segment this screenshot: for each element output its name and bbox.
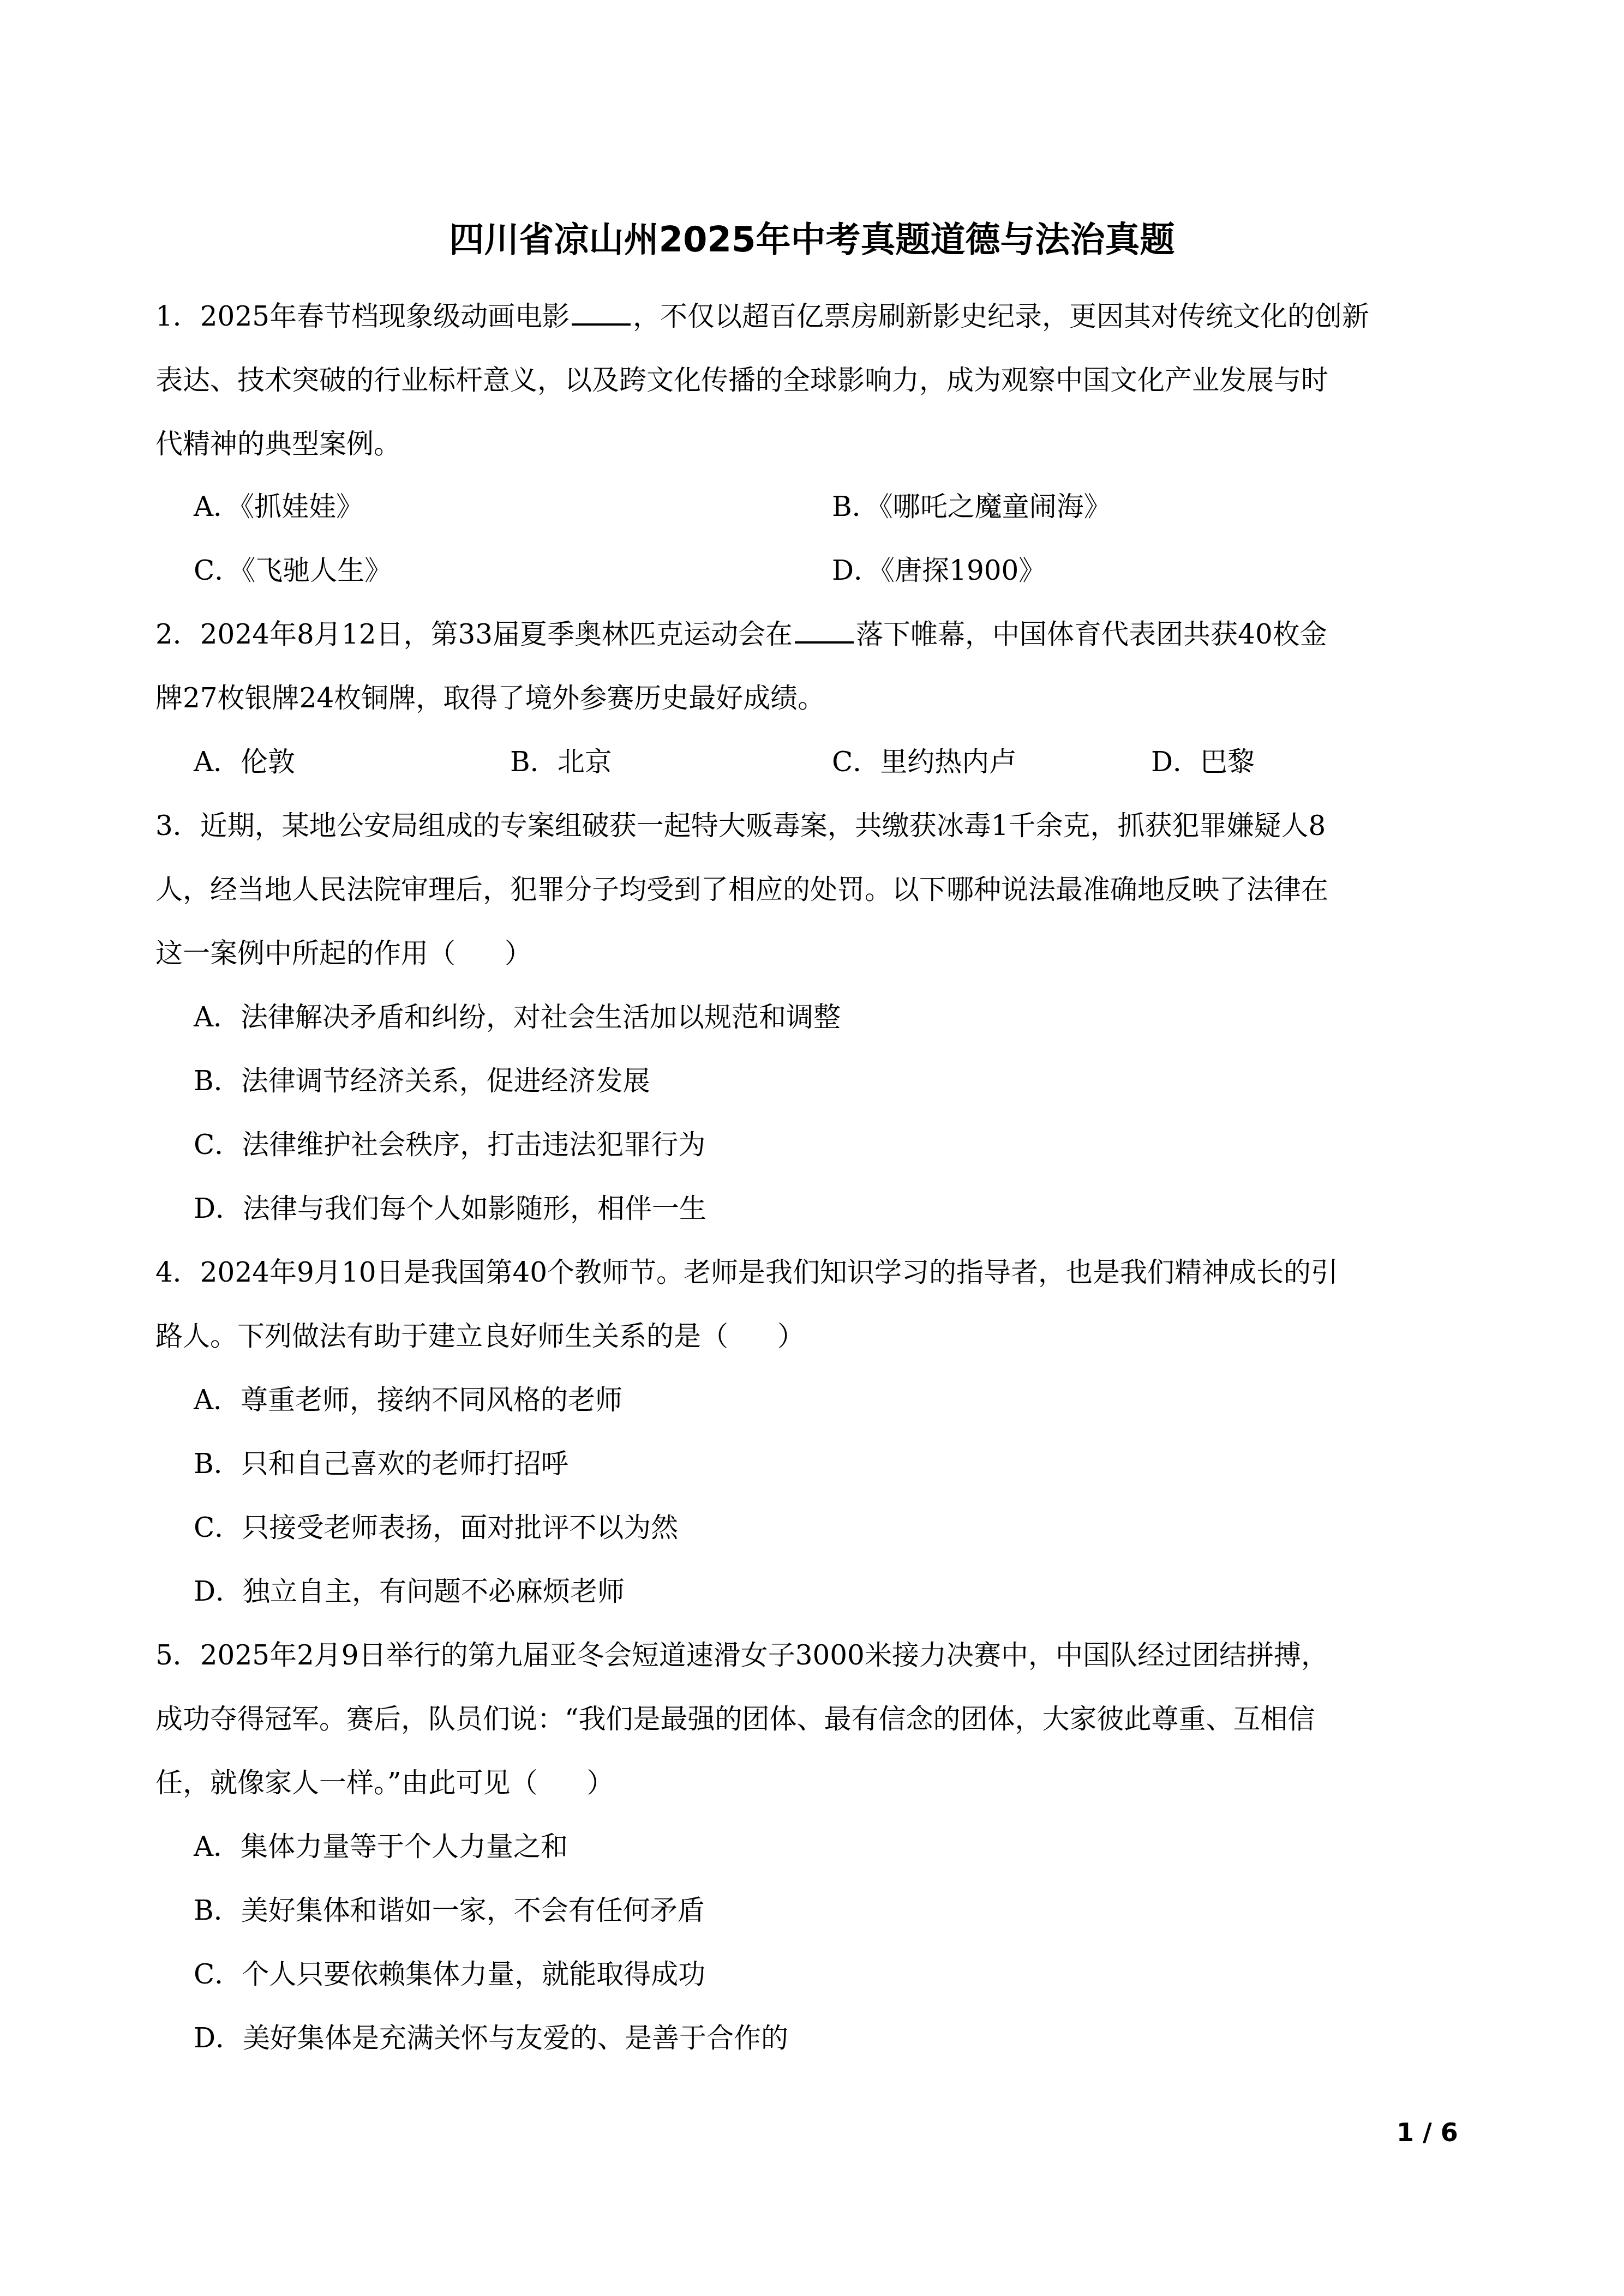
question-3-line-1: 3．近期，某地公安局组成的专案组破获一起特大贩毒案，共缴获冰毒1千余克，抓获犯罪…	[155, 808, 1326, 843]
option-text: 只和自己喜欢的老师打招呼	[241, 1448, 568, 1480]
question-2-option-b[interactable]: B．北京	[510, 744, 612, 779]
question-5-option-b[interactable]: B．美好集体和谐如一家，不会有任何矛盾	[194, 1893, 705, 1928]
answer-blank	[795, 617, 854, 644]
question-4-option-b[interactable]: B．只和自己喜欢的老师打招呼	[194, 1446, 568, 1481]
question-3-line-3: 这一案例中所起的作用（）	[155, 936, 532, 971]
option-label: C．	[194, 1958, 242, 1990]
question-text: ）	[505, 937, 532, 969]
option-label: A．	[194, 491, 241, 522]
question-2-line-2: 牌27枚银牌24枚铜牌，取得了境外参赛历史最好成绩。	[155, 681, 825, 716]
option-label: C．	[194, 555, 242, 586]
question-1-line-1: 1．2025年春节档现象级动画电影，不仅以超百亿票房刷新影史纪录，更因其对传统文…	[155, 299, 1369, 334]
question-2-option-c[interactable]: C．里约热内卢	[832, 744, 1016, 779]
question-5-line-3: 任，就像家人一样。”由此可见（）	[155, 1765, 614, 1800]
option-label: B．	[194, 1065, 241, 1097]
question-4-option-a[interactable]: A．尊重老师，接纳不同风格的老师	[194, 1383, 622, 1417]
option-text: 《哪吒之魔童闹海》	[879, 491, 1111, 522]
question-2-option-a[interactable]: A．伦敦	[194, 744, 295, 779]
question-number: 3．	[155, 810, 200, 842]
option-label: A．	[194, 1001, 241, 1033]
question-5-line-2: 成功夺得冠军。赛后，队员们说：“我们是最强的团体、最有信念的团体，大家彼此尊重、…	[155, 1702, 1315, 1736]
option-label: B．	[832, 491, 879, 522]
question-1-line-2: 表达、技术突破的行业标杆意义，以及跨文化传播的全球影响力，成为观察中国文化产业发…	[155, 363, 1328, 398]
option-text: 个人只要依赖集体力量，就能取得成功	[242, 1958, 705, 1990]
question-3-option-c[interactable]: C．法律维护社会秩序，打击违法犯罪行为	[194, 1127, 705, 1162]
option-text: 美好集体是充满关怀与友爱的、是善于合作的	[243, 2022, 788, 2054]
option-text: 里约热内卢	[880, 746, 1016, 778]
page-title: 四川省凉山州2025年中考真题道德与法治真题	[0, 218, 1624, 262]
question-text: 近期，某地公安局组成的专案组破获一起特大贩毒案，共缴获冰毒1千余克，抓获犯罪嫌疑…	[200, 810, 1326, 842]
question-text: 任，就像家人一样。”由此可见（	[155, 1767, 538, 1799]
question-1-line-3: 代精神的典型案例。	[155, 426, 401, 461]
option-label: B．	[510, 746, 558, 778]
option-label: A．	[194, 1384, 241, 1416]
question-text: 2024年8月12日，第33届夏季奥林匹克运动会在	[200, 618, 793, 650]
option-text: 美好集体和谐如一家，不会有任何矛盾	[241, 1895, 705, 1926]
question-text: ，不仅以超百亿票房刷新影史纪录，更因其对传统文化的创新	[633, 300, 1369, 332]
question-text: ）	[777, 1320, 805, 1352]
question-5-option-c[interactable]: C．个人只要依赖集体力量，就能取得成功	[194, 1957, 705, 1992]
question-3-line-2: 人，经当地人民法院审理后，犯罪分子均受到了相应的处罚。以下哪种说法最准确地反映了…	[155, 872, 1328, 907]
option-text: 法律解决矛盾和纠纷，对社会生活加以规范和调整	[241, 1001, 841, 1033]
question-text: 路人。下列做法有助于建立良好师生关系的是（	[155, 1320, 728, 1352]
option-label: D．	[194, 1193, 243, 1224]
question-text: 2025年2月9日举行的第九届亚冬会短道速滑女子3000米接力决赛中，中国队经过…	[200, 1639, 1328, 1671]
option-text: 独立自主，有问题不必麻烦老师	[243, 1576, 625, 1607]
question-text: 2024年9月10日是我国第40个教师节。老师是我们知识学习的指导者，也是我们精…	[200, 1257, 1338, 1288]
question-5-option-d[interactable]: D．美好集体是充满关怀与友爱的、是善于合作的	[194, 2021, 788, 2055]
option-text: 法律维护社会秩序，打击违法犯罪行为	[242, 1129, 705, 1161]
option-label: C．	[194, 1129, 242, 1161]
option-label: A．	[194, 746, 241, 778]
question-1-option-c[interactable]: C．《飞驰人生》	[194, 553, 392, 588]
question-number: 4．	[155, 1257, 200, 1288]
page-number: 1 / 6	[1397, 2116, 1458, 2149]
option-text: 《抓娃娃》	[241, 491, 363, 522]
answer-blank	[572, 299, 631, 326]
option-text: 伦敦	[241, 746, 295, 778]
question-text: 2025年春节档现象级动画电影	[200, 300, 570, 332]
question-3-option-a[interactable]: A．法律解决矛盾和纠纷，对社会生活加以规范和调整	[194, 1000, 841, 1035]
option-text: 法律调节经济关系，促进经济发展	[241, 1065, 650, 1097]
question-number: 1．	[155, 300, 200, 332]
question-2-line-1: 2．2024年8月12日，第33届夏季奥林匹克运动会在落下帷幕，中国体育代表团共…	[155, 617, 1327, 652]
option-text: 《飞驰人生》	[242, 555, 392, 586]
question-text: ）	[587, 1767, 614, 1799]
option-label: A．	[194, 1831, 241, 1862]
question-1-option-a[interactable]: A．《抓娃娃》	[194, 489, 363, 524]
option-text: 尊重老师，接纳不同风格的老师	[241, 1384, 622, 1416]
option-label: D．	[1151, 746, 1200, 778]
option-text: 只接受老师表扬，面对批评不以为然	[242, 1512, 678, 1543]
option-label: C．	[194, 1512, 242, 1543]
option-label: B．	[194, 1448, 241, 1480]
question-4-option-c[interactable]: C．只接受老师表扬，面对批评不以为然	[194, 1510, 678, 1545]
option-label: D．	[832, 555, 881, 586]
option-text: 《唐探1900》	[881, 555, 1046, 586]
question-4-option-d[interactable]: D．独立自主，有问题不必麻烦老师	[194, 1574, 625, 1609]
question-1-option-d[interactable]: D．《唐探1900》	[832, 553, 1046, 588]
option-text: 巴黎	[1200, 746, 1255, 778]
question-text: 这一案例中所起的作用（	[155, 937, 456, 969]
question-4-line-1: 4．2024年9月10日是我国第40个教师节。老师是我们知识学习的指导者，也是我…	[155, 1255, 1338, 1290]
option-label: D．	[194, 2022, 243, 2054]
option-label: D．	[194, 1576, 243, 1607]
question-text: 落下帷幕，中国体育代表团共获40枚金	[856, 618, 1327, 650]
question-5-option-a[interactable]: A．集体力量等于个人力量之和	[194, 1829, 568, 1864]
option-text: 法律与我们每个人如影随形，相伴一生	[243, 1193, 706, 1224]
option-text: 北京	[558, 746, 612, 778]
question-3-option-b[interactable]: B．法律调节经济关系，促进经济发展	[194, 1063, 650, 1098]
option-label: C．	[832, 746, 880, 778]
question-2-option-d[interactable]: D．巴黎	[1151, 744, 1255, 779]
question-number: 2．	[155, 618, 200, 650]
question-1-option-b[interactable]: B．《哪吒之魔童闹海》	[832, 489, 1111, 524]
question-number: 5．	[155, 1639, 200, 1671]
question-4-line-2: 路人。下列做法有助于建立良好师生关系的是（）	[155, 1319, 805, 1354]
option-text: 集体力量等于个人力量之和	[241, 1831, 568, 1862]
question-5-line-1: 5．2025年2月9日举行的第九届亚冬会短道速滑女子3000米接力决赛中，中国队…	[155, 1638, 1328, 1673]
document-page: 四川省凉山州2025年中考真题道德与法治真题 1．2025年春节档现象级动画电影…	[0, 0, 1624, 2296]
option-label: B．	[194, 1895, 241, 1926]
question-3-option-d[interactable]: D．法律与我们每个人如影随形，相伴一生	[194, 1191, 706, 1226]
